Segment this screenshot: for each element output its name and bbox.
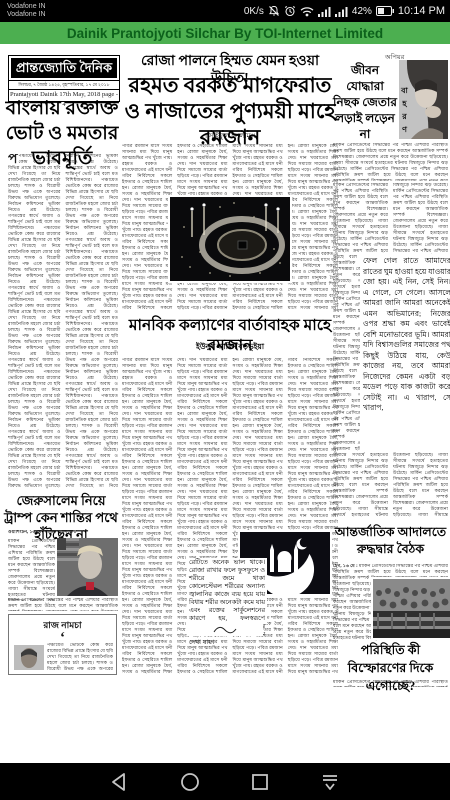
raj-namcha-text: পঞ্চায়েত ভোটকে কেন্দ্র করে রাজ্যের বিভি…	[47, 643, 113, 672]
back-button[interactable]	[108, 770, 132, 794]
pull-quote-divider	[187, 622, 263, 636]
phone-screen: Vodafone IN Vodafone IN 0K/s	[0, 0, 450, 800]
strip-letter: র	[399, 110, 410, 123]
situation-sub-text: মার্কিন প্রেসিডেন্টের সিদ্ধান্তের পর পশ্…	[333, 680, 448, 687]
trump-body-left: মার্কিন প্রেসিডেন্টের সিদ্ধান্তের পর পশ্…	[8, 539, 55, 601]
crowd-photo	[371, 577, 450, 640]
app-title: Dainik Prantojyoti Silchar By TOI-Intern…	[67, 26, 383, 41]
cell-signal-icon-1	[318, 6, 331, 17]
clock: 10:14 PM	[398, 5, 445, 17]
notifications-muted-icon	[268, 5, 280, 17]
status-bar: Vodafone IN Vodafone IN 0K/s	[0, 0, 450, 22]
mecca-aerial-photo	[168, 195, 292, 283]
cell-signal-icon-2	[335, 6, 348, 17]
mid-center-byline: ইউনুস আমিন বড়ভুইয়া	[122, 342, 338, 354]
masthead-dateline-bn: সিলচর, ৭ জ্যৈষ্ঠ ১৪২৫, বৃহস্পতিবার, ১৭ ম…	[9, 80, 119, 89]
right-pull-quote: ফেল গেল রাতে আমাদের রাতের ঘুম হাওয়া হয়…	[360, 254, 450, 452]
newspaper-page[interactable]: প্রান্তজ্যোতি দৈনিক সিলচর, ৭ জ্যৈষ্ঠ ১৪২…	[0, 44, 450, 763]
drop-cap: প	[8, 154, 19, 166]
recents-button[interactable]	[248, 770, 272, 794]
trump-body-bottom: মার্কিন প্রেসিডেন্টের সিদ্ধান্তের পর পশ্…	[8, 598, 118, 611]
raj-namcha-quote-mark: ‘	[9, 633, 116, 643]
wifi-icon	[300, 6, 314, 17]
carrier-line1: Vodafone IN	[7, 3, 46, 11]
raj-namcha-photo	[14, 645, 44, 670]
photo-strip-letters: বা হ র ণ	[399, 84, 410, 136]
carrier-labels: Vodafone IN Vodafone IN	[0, 3, 46, 19]
home-button[interactable]	[178, 770, 202, 794]
battery-icon	[376, 6, 394, 16]
back-icon	[109, 771, 131, 793]
network-speed: 0K/s	[244, 6, 264, 17]
trump-dateline: ওয়াশিংটন, ১৬ মে : মার্কিন প্রেসিডেন্ট	[8, 530, 118, 538]
court-headline: আন্তর্জাতিক আদালতে রুদ্ধদ্বার বৈঠক	[333, 524, 448, 558]
lead-left-body: পপঞ্চায়েত ভোটকে কেন্দ্র করে রাজ্যের বিভ…	[8, 154, 118, 490]
collapse-button[interactable]	[318, 770, 342, 794]
home-icon	[179, 771, 201, 793]
app-title-bar: Dainik Prantojyoti Silchar By TOI-Intern…	[0, 22, 450, 44]
strip-letter: হ	[399, 97, 410, 110]
top-right-headline: জীবন যোদ্ধারা নিছক জেতার লড়াই লড়েন না	[333, 62, 397, 142]
recents-icon	[249, 771, 271, 793]
trump-photo	[57, 538, 118, 596]
lead-left-body-text: পঞ্চায়েত ভোটকে কেন্দ্র করে রাজ্যের বিভি…	[8, 154, 118, 489]
center-pull-quote: রেটিতে অনেক ভাল থাকে। রোজা রাখার ফলে ফুস…	[187, 558, 267, 624]
right-body-intro: মার্কিন প্রেসিডেন্টের সিদ্ধান্তের পর পশ্…	[333, 143, 448, 181]
masthead-title: প্রান্তজ্যোতি দৈনিক	[11, 58, 117, 78]
alarm-icon	[284, 5, 296, 17]
strip-letter: বা	[399, 84, 410, 97]
carrier-line2: Vodafone IN	[7, 11, 46, 19]
strip-letter: ণ	[399, 123, 410, 136]
battery-percent: 42%	[352, 6, 372, 17]
masthead: প্রান্তজ্যোতি দৈনিক সিলচর, ৭ জ্যৈষ্ঠ ১৪২…	[8, 55, 120, 102]
center-main-byline: । সাইফুল ইসলাম।।	[122, 130, 338, 142]
android-nav-bar	[0, 763, 450, 800]
court-dateline: হেগ, ১৬ মে :	[333, 564, 359, 569]
squiggle-ornament	[212, 626, 238, 635]
collapse-icon	[319, 771, 341, 793]
raj-namcha-box: রাজ নামচা ‘ পঞ্চায়েত ভোটকে কেন্দ্র করে …	[8, 614, 117, 675]
